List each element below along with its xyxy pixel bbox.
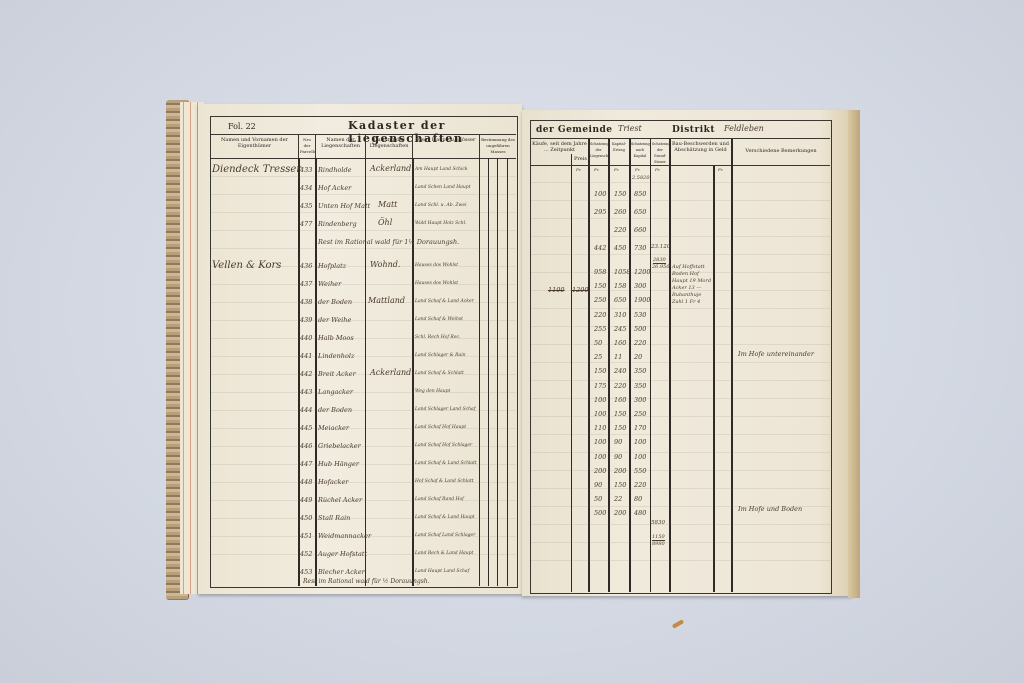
value-cell: 150 bbox=[614, 481, 626, 489]
property-bounds: Land Schaf Rand Hof bbox=[415, 497, 464, 502]
value-cell: 80 bbox=[634, 495, 642, 503]
property-bounds: Hauses dos Wohlst bbox=[415, 263, 458, 268]
value-cell: 260 bbox=[614, 208, 626, 216]
parcel-number: 444 bbox=[300, 406, 312, 414]
parcel-number: 451 bbox=[300, 532, 312, 540]
header-estimate: Schatzung der Liegenschaften bbox=[589, 139, 609, 165]
property-name: der Weihe bbox=[318, 316, 351, 324]
remark-text: Im Hofe untereinander bbox=[738, 350, 814, 358]
property-name: Griebelacker bbox=[318, 442, 361, 450]
value-cell: 11 bbox=[614, 353, 622, 361]
property-bounds: Land Schaf & Weihst bbox=[415, 317, 463, 322]
parcel-number: 450 bbox=[300, 514, 312, 522]
header-owner-name: Namen und Vornamen der Eigenthümer bbox=[211, 135, 299, 158]
parcel-number: 453 bbox=[300, 568, 312, 576]
fraction-denominator: 8980 bbox=[652, 541, 665, 547]
value-cell: 150 bbox=[594, 367, 606, 375]
property-name: Rüchel Acker bbox=[318, 496, 362, 504]
property-bounds: Land Schaf Hof Haupt bbox=[415, 425, 466, 430]
parcel-number: 436 bbox=[300, 262, 312, 270]
value-cell: 220 bbox=[634, 339, 646, 347]
property-bounds: Schl. Rech Hof Rec. bbox=[415, 335, 460, 340]
folio-number: Fol. 22 bbox=[228, 122, 256, 131]
unit-label: Fr. bbox=[576, 167, 582, 172]
value-cell: 730 bbox=[634, 244, 646, 252]
header-property-type: Gattung der Liegenschaften bbox=[366, 135, 413, 158]
parcel-number: 445 bbox=[300, 424, 312, 432]
open-ledger-book: Fol. 22 Kadaster der Liegenschaften Name… bbox=[0, 0, 1024, 683]
property-bounds: Land Schaf & Schlatt bbox=[415, 371, 464, 376]
parcel-number: 477 bbox=[300, 220, 312, 228]
parcel-number: 438 bbox=[300, 298, 312, 306]
property-bounds: Land Schaf & Land Acker bbox=[415, 299, 474, 304]
remainder-note: Rest im Rational wald für ½ Dorauungsh. bbox=[303, 578, 430, 585]
value-cell: 22 bbox=[614, 495, 622, 503]
value-cell: 90 bbox=[614, 453, 622, 461]
value-cell: 550 bbox=[634, 467, 646, 475]
value-cell: 90 bbox=[614, 438, 622, 446]
value-cell: 175 bbox=[594, 382, 606, 390]
struck-value: 1100 bbox=[548, 286, 565, 294]
left-page: Fol. 22 Kadaster der Liegenschaften Name… bbox=[198, 104, 522, 594]
value-cell: 1200 bbox=[634, 268, 651, 276]
note-line: Haupt 19 Mord bbox=[672, 278, 714, 285]
value-cell: 100 bbox=[594, 190, 606, 198]
header-price: Preis bbox=[572, 154, 589, 165]
property-name: Weiher bbox=[318, 280, 341, 288]
header-capital-estimate: Schatzung nach Kapital bbox=[630, 139, 651, 165]
value-cell: 160 bbox=[614, 339, 626, 347]
unit-label: Fr. bbox=[718, 167, 724, 172]
property-name: Rindenberg bbox=[318, 220, 357, 228]
value-cell: 255 bbox=[594, 325, 606, 333]
property-name: der Boden bbox=[318, 298, 352, 306]
property-bounds: Hof Schaf & Land Schlatt bbox=[415, 479, 474, 484]
property-type: Öhl bbox=[378, 218, 392, 227]
value-cell: 200 bbox=[594, 467, 606, 475]
property-bounds: Hauses dos Wohlst bbox=[415, 281, 458, 286]
property-bounds: Land Haupt Land Schaf bbox=[415, 569, 469, 574]
property-name: Unten Hof Matt bbox=[318, 202, 370, 210]
value-cell: 650 bbox=[634, 208, 646, 216]
value-cell: 850 bbox=[634, 190, 646, 198]
value-cell: 90 bbox=[594, 481, 602, 489]
unit-label: Fr. bbox=[594, 167, 600, 172]
property-bounds: Land Schaf Hof Schlager bbox=[415, 443, 472, 448]
right-page: der Gemeinde Triest Distrikt Feldleben K… bbox=[522, 110, 852, 596]
property-name: Meiacker bbox=[318, 424, 349, 432]
property-type: Wohnd. bbox=[370, 260, 400, 269]
value-cell: 100 bbox=[594, 410, 606, 418]
page-edge bbox=[848, 110, 860, 598]
value-cell: 100 bbox=[594, 453, 606, 461]
parcel-number: 434 bbox=[300, 184, 312, 192]
note-line: Acker 13 — bbox=[672, 285, 714, 292]
value-cell: 245 bbox=[614, 325, 626, 333]
property-bounds: Land Rech & Land Haupt bbox=[415, 551, 473, 556]
remainder-note: Rest im Rational wald für 1½ Dorauungsh. bbox=[318, 238, 459, 246]
fraction-denominator: 26.950 bbox=[652, 264, 670, 270]
parcel-number: 443 bbox=[300, 388, 312, 396]
property-bounds: Wald Haupt Holz Schl. bbox=[415, 221, 467, 226]
value-cell: 450 bbox=[614, 244, 626, 252]
value-cell: 100 bbox=[594, 438, 606, 446]
value-cell: 442 bbox=[594, 244, 606, 252]
property-name: Lindenholz bbox=[318, 352, 354, 360]
value-cell: 150 bbox=[594, 282, 606, 290]
value-cell: 220 bbox=[594, 311, 606, 319]
encumbrance-note: Auf Hoffstatt Boden Hof Haupt 19 Mord Ac… bbox=[672, 264, 714, 306]
fraction-numerator: 2830 bbox=[653, 257, 666, 264]
value-cell: 300 bbox=[634, 396, 646, 404]
municipality-label: der Gemeinde bbox=[536, 125, 613, 135]
value-cell: 300 bbox=[634, 282, 646, 290]
property-bounds: Land Schaf & Land Schlatt bbox=[415, 461, 477, 466]
remark-text: Im Hofe und Boden bbox=[738, 505, 802, 513]
value-cell: 150 bbox=[614, 410, 626, 418]
municipality-value: Triest bbox=[618, 124, 642, 133]
property-name: Stall Rain bbox=[318, 514, 350, 522]
value-cell: 150 bbox=[614, 190, 626, 198]
header-property-name: Namen der Liegenschaften bbox=[316, 135, 366, 158]
subtotal: 5830 bbox=[651, 520, 665, 526]
value-cell: 240 bbox=[614, 367, 626, 375]
note-line: Boden Hof bbox=[672, 271, 714, 278]
header-encumbrances: Bau-Beschwerden und Abschätzung in Geld bbox=[670, 139, 732, 165]
property-name: Halb Moos bbox=[318, 334, 354, 342]
property-bounds: Land Schaf Land Schlager bbox=[415, 533, 475, 538]
value-cell: 220 bbox=[634, 481, 646, 489]
district-label: Distrikt bbox=[672, 125, 715, 135]
header-measure: Bestimmung des ungefähren Masses bbox=[480, 135, 516, 158]
owner-name: Diendeck Tresser bbox=[212, 164, 301, 175]
subtotal: 23.120 bbox=[651, 244, 670, 250]
property-name: Hofacker bbox=[318, 478, 348, 486]
value-cell: 500 bbox=[634, 325, 646, 333]
parcel-number: 449 bbox=[300, 496, 312, 504]
header-remarks: Verschiedene Bemerkungen bbox=[732, 139, 830, 165]
parcel-number: 447 bbox=[300, 460, 312, 468]
property-bounds: Weg den Haupt bbox=[415, 389, 450, 394]
value-cell: 20 bbox=[634, 353, 642, 361]
value-cell: 660 bbox=[634, 226, 646, 234]
value-cell: 1900 bbox=[634, 296, 651, 304]
value-cell: 25 bbox=[594, 353, 602, 361]
group-header-total: 2.5820 bbox=[632, 175, 650, 181]
value-cell: 310 bbox=[614, 311, 626, 319]
property-name: Auger Hofstatt bbox=[318, 550, 367, 558]
property-name: Hub Hänger bbox=[318, 460, 359, 468]
property-type: Ackerland bbox=[370, 368, 411, 377]
value-cell: 350 bbox=[634, 367, 646, 375]
property-bounds: Land Schlager Land Schaf bbox=[415, 407, 475, 412]
property-bounds: Am Haupt Land Schick bbox=[415, 167, 468, 172]
note-line: Zahl 1 Fr 4 bbox=[672, 299, 714, 306]
value-cell: 158 bbox=[614, 282, 626, 290]
property-bounds: Land Schlager & Rain bbox=[415, 353, 466, 358]
owner-name: Vellen & Kors bbox=[212, 260, 281, 271]
value-cell: 250 bbox=[594, 296, 606, 304]
parcel-number: 448 bbox=[300, 478, 312, 486]
property-name: Breit Acker bbox=[318, 370, 356, 378]
value-cell: 160 bbox=[614, 396, 626, 404]
value-cell: 100 bbox=[594, 396, 606, 404]
value-cell: 150 bbox=[614, 424, 626, 432]
note-line: Rubanthuje bbox=[672, 292, 714, 299]
struck-value: 1200 bbox=[572, 286, 589, 294]
value-cell: 500 bbox=[594, 509, 606, 517]
value-cell: 1058 bbox=[614, 268, 631, 276]
unit-label: Fr. bbox=[635, 167, 641, 172]
value-cell: 650 bbox=[614, 296, 626, 304]
fraction-numerator: 1150 bbox=[652, 534, 665, 541]
value-cell: 295 bbox=[594, 208, 606, 216]
property-bounds: Land Schl. u. Ab. Zwei bbox=[415, 203, 467, 208]
property-name: der Boden bbox=[318, 406, 352, 414]
parcel-number: 441 bbox=[300, 352, 312, 360]
property-type: Mattland bbox=[368, 296, 405, 305]
property-name: Blecher Acker bbox=[318, 568, 365, 576]
value-cell: 480 bbox=[634, 509, 646, 517]
parcel-number: 435 bbox=[300, 202, 312, 210]
parcel-number: 446 bbox=[300, 442, 312, 450]
property-type: Matt bbox=[378, 200, 397, 209]
unit-label: Fr. bbox=[655, 167, 661, 172]
value-cell: 220 bbox=[614, 382, 626, 390]
property-name: Langacker bbox=[318, 388, 353, 396]
header-boundaries: Zwey Haupt-Ausdösser bbox=[413, 135, 480, 158]
value-cell: 110 bbox=[594, 424, 606, 432]
debris-speck bbox=[672, 619, 684, 628]
property-name: Hof Acker bbox=[318, 184, 351, 192]
property-bounds: Land Schaf & Land Haupt bbox=[415, 515, 475, 520]
header-land-tax: Schatzung der Grund-Steuer bbox=[651, 139, 670, 165]
property-bounds: Land Schen Land Haupt bbox=[415, 185, 470, 190]
note-line: Auf Hoffstatt bbox=[672, 264, 714, 271]
property-name: Weidmannacker bbox=[318, 532, 371, 540]
value-cell: 200 bbox=[614, 509, 626, 517]
value-cell: 250 bbox=[634, 410, 646, 418]
property-name: Rindholde bbox=[318, 166, 352, 174]
parcel-number: 433 bbox=[300, 166, 312, 174]
value-cell: 958 bbox=[594, 268, 606, 276]
parcel-number: 442 bbox=[300, 370, 312, 378]
value-cell: 170 bbox=[634, 424, 646, 432]
header-capital-yield: Kapital-Ertrag bbox=[609, 139, 630, 165]
parcel-number: 439 bbox=[300, 316, 312, 324]
property-type: Ackerland bbox=[370, 164, 411, 173]
value-cell: 530 bbox=[634, 311, 646, 319]
value-cell: 220 bbox=[614, 226, 626, 234]
parcel-number: 437 bbox=[300, 280, 312, 288]
value-cell: 50 bbox=[594, 339, 602, 347]
value-cell: 50 bbox=[594, 495, 602, 503]
value-cell: 100 bbox=[634, 438, 646, 446]
value-cell: 350 bbox=[634, 382, 646, 390]
parcel-number: 452 bbox=[300, 550, 312, 558]
parcel-number: 440 bbox=[300, 334, 312, 342]
header-parcel-number: Nro der Parcellen bbox=[299, 135, 316, 158]
unit-label: Fr. bbox=[614, 167, 620, 172]
value-cell: 200 bbox=[614, 467, 626, 475]
property-name: Hofplatz bbox=[318, 262, 346, 270]
value-cell: 100 bbox=[634, 453, 646, 461]
district-value: Feldleben bbox=[724, 124, 764, 133]
